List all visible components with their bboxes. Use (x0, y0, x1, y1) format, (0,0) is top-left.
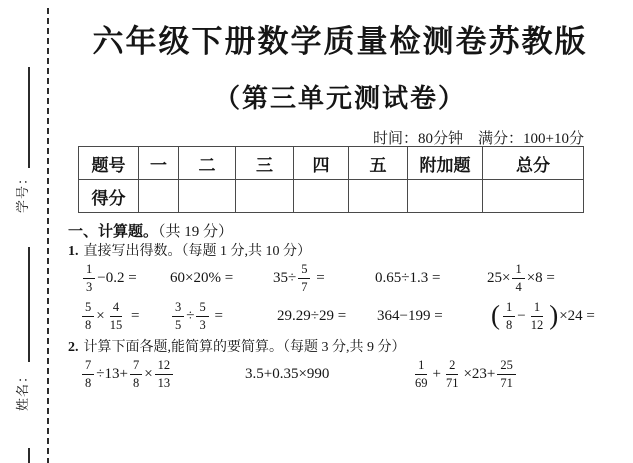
question-2-text: 计算下面各题,能简算的要简算。（每题 3 分,共 9 分） (84, 340, 406, 355)
expression-text: 29.29÷29 = (277, 308, 346, 325)
question-1-number: 1. (68, 244, 79, 259)
score-blank-cell (349, 180, 408, 213)
expression-text: × (144, 366, 152, 383)
expression-text: ÷ (186, 308, 194, 325)
score-table-header-cell: 五 (349, 147, 408, 180)
expression-text: 25× (487, 270, 510, 287)
math-expression: 35÷53 = (170, 298, 223, 334)
expression-text: − (517, 308, 525, 325)
fraction-numerator: 7 (82, 359, 94, 375)
expression-text: ×23+ (463, 366, 495, 383)
fraction-denominator: 8 (130, 375, 142, 390)
score-blank-cell (179, 180, 236, 213)
score-table-header-row: 题号一二三四五附加题总分 (79, 147, 584, 180)
expression-text: = (312, 270, 324, 287)
math-expression: 364−199 = (377, 298, 443, 334)
math-expression: 60×20% = (170, 260, 233, 296)
fraction: 169 (412, 359, 431, 389)
fraction: 58 (82, 301, 94, 331)
score-blank-cell (236, 180, 294, 213)
fraction-numerator: 1 (531, 301, 543, 317)
score-table-header-cell: 总分 (483, 147, 584, 180)
expression-text: 364−199 = (377, 308, 443, 325)
expression-text: −0.2 = (97, 270, 136, 287)
fraction-numerator: 12 (155, 359, 174, 375)
math-expression: 0.65÷1.3 = (375, 260, 440, 296)
student-id-label: 学号： (0, 170, 43, 214)
score-table-header-cell: 二 (179, 147, 236, 180)
question-2-prompt: 2.计算下面各题,能简算的要简算。（每题 3 分,共 9 分） (68, 336, 406, 356)
section-heading-title: 一、计算题。 (68, 223, 158, 240)
expression-text: ÷13+ (96, 366, 128, 383)
binding-dashed-line (47, 8, 49, 463)
expression-text: × (96, 308, 104, 325)
expression-text: 35÷ (273, 270, 296, 287)
score-blank-cell (294, 180, 349, 213)
fraction-numerator: 7 (130, 359, 142, 375)
fraction: 53 (196, 301, 208, 331)
margin-line-segment (28, 448, 30, 463)
score-table-header-cell: 附加题 (408, 147, 483, 180)
score-table-score-row: 得分 (79, 180, 584, 213)
fraction-numerator: 1 (415, 359, 427, 375)
margin-line-segment (28, 67, 30, 168)
calc-expression-row-3: 78÷13+78×12133.5+0.35×990169+271×23+2571 (0, 356, 633, 392)
fraction: 415 (107, 301, 126, 331)
fraction-denominator: 71 (443, 375, 462, 390)
math-expression: (18−112)×24 = (490, 298, 595, 334)
math-expression: 29.29÷29 = (277, 298, 346, 334)
fraction-denominator: 8 (82, 317, 94, 332)
score-blank-cell (483, 180, 584, 213)
fraction-denominator: 13 (155, 375, 174, 390)
section-heading-points: （共 19 分） (158, 224, 233, 240)
fraction: 57 (298, 263, 310, 293)
fraction-denominator: 8 (82, 375, 94, 390)
math-expression: 3.5+0.35×990 (245, 356, 329, 392)
fraction-numerator: 4 (110, 301, 122, 317)
math-expression: 35÷57 = (273, 260, 325, 296)
math-expression: 58×415 = (80, 298, 139, 334)
fraction: 35 (172, 301, 184, 331)
score-label-cell: 得分 (79, 180, 139, 213)
fraction-denominator: 4 (512, 279, 524, 294)
fraction-denominator: 3 (196, 317, 208, 332)
fraction-numerator: 2 (446, 359, 458, 375)
fraction: 1213 (155, 359, 174, 389)
expression-text: + (433, 366, 441, 383)
test-paper-page: 学号： 姓名： 六年级下册数学质量检测卷苏教版 （第三单元测试卷） 时间：80分… (0, 0, 633, 463)
score-blank-cell (408, 180, 483, 213)
fraction-numerator: 1 (512, 263, 524, 279)
fraction-numerator: 1 (83, 263, 95, 279)
fraction: 78 (130, 359, 142, 389)
fraction-numerator: 25 (497, 359, 516, 375)
expression-text: 3.5+0.35×990 (245, 366, 329, 383)
expression-text: 0.65÷1.3 = (375, 270, 440, 287)
score-blank-cell (139, 180, 179, 213)
fraction-denominator: 7 (298, 279, 310, 294)
score-table-header-cell: 题号 (79, 147, 139, 180)
fraction: 112 (528, 301, 547, 331)
fraction-denominator: 71 (497, 375, 516, 390)
score-table-header-cell: 四 (294, 147, 349, 180)
expression-text: = (127, 308, 139, 325)
fraction-numerator: 5 (196, 301, 208, 317)
fraction: 2571 (497, 359, 516, 389)
fraction: 78 (82, 359, 94, 389)
fraction-denominator: 12 (528, 317, 547, 332)
section-heading: 一、计算题。（共 19 分） (68, 220, 233, 241)
fraction-denominator: 8 (503, 317, 515, 332)
score-table-header-cell: 三 (236, 147, 294, 180)
math-expression: 13−0.2 = (81, 260, 137, 296)
math-expression: 169+271×23+2571 (410, 356, 518, 392)
question-1-text: 直接写出得数。（每题 1 分,共 10 分） (84, 244, 312, 259)
expression-text: 60×20% = (170, 270, 233, 287)
big-paren: ( (491, 302, 500, 329)
expression-text: ×24 = (559, 308, 595, 325)
fraction-denominator: 5 (172, 317, 184, 332)
calc-expression-row-1: 13−0.2 =60×20% =35÷57 =0.65÷1.3 =25×14×8… (0, 260, 633, 296)
fraction-denominator: 69 (412, 375, 431, 390)
fraction-numerator: 3 (172, 301, 184, 317)
fraction: 18 (503, 301, 515, 331)
fraction-numerator: 5 (298, 263, 310, 279)
fraction-denominator: 15 (107, 317, 126, 332)
exam-meta: 时间：80分钟 满分：100+10分 (0, 127, 584, 148)
math-expression: 25×14×8 = (487, 260, 555, 296)
fraction: 271 (443, 359, 462, 389)
big-paren: ) (549, 302, 558, 329)
fraction: 13 (83, 263, 95, 293)
math-expression: 78÷13+78×1213 (80, 356, 175, 392)
calc-expression-row-2: 58×415 =35÷53 =29.29÷29 =364−199 =(18−11… (0, 298, 633, 334)
page-subtitle: （第三单元测试卷） (55, 78, 625, 115)
fraction-numerator: 5 (82, 301, 94, 317)
expression-text: ×8 = (527, 270, 555, 287)
question-2-number: 2. (68, 340, 79, 355)
question-1-prompt: 1.直接写出得数。（每题 1 分,共 10 分） (68, 240, 311, 260)
fraction: 14 (512, 263, 524, 293)
fraction-numerator: 1 (503, 301, 515, 317)
fraction-denominator: 3 (83, 279, 95, 294)
page-title: 六年级下册数学质量检测卷苏教版 (55, 16, 625, 61)
expression-text: = (211, 308, 223, 325)
score-table: 题号一二三四五附加题总分 得分 (78, 146, 584, 213)
score-table-header-cell: 一 (139, 147, 179, 180)
